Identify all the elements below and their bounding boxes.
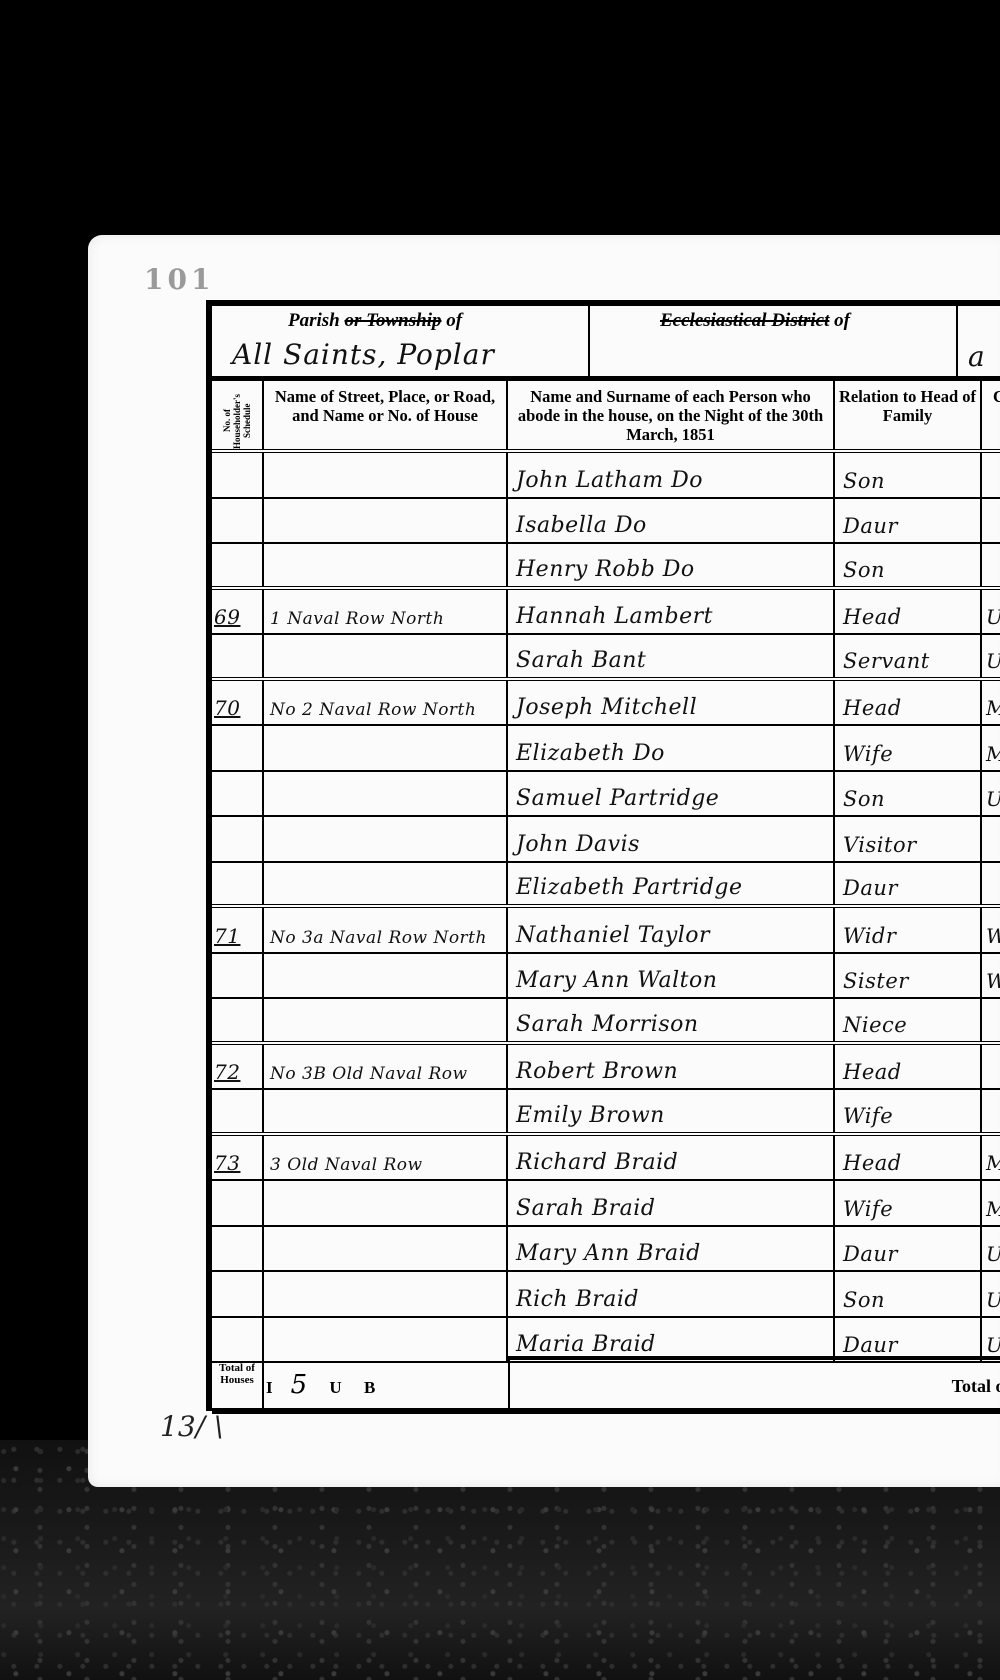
cell-text: Isabella Do [516, 513, 647, 538]
census-rows: John Latham Do Son Isabella Do Daur Henr… [212, 453, 1000, 1363]
table-cell [212, 499, 264, 543]
cell-text: Daur [843, 1333, 898, 1357]
table-row: Isabella Do Daur [212, 499, 1000, 545]
table-cell [212, 1272, 264, 1316]
table-cell [264, 817, 508, 861]
table-cell: Robert Brown [508, 1045, 835, 1089]
table-row: Samuel Partridge Son U [212, 772, 1000, 818]
table-cell: U [982, 1272, 1000, 1316]
table-cell: Son [835, 1272, 982, 1316]
footer-scribble: 13/ \ [160, 1410, 223, 1443]
table-cell [264, 1181, 508, 1225]
table-cell: Son [835, 453, 982, 497]
table-cell: Mary Ann Braid [508, 1227, 835, 1271]
table-cell [212, 453, 264, 497]
table-cell: Rich Braid [508, 1272, 835, 1316]
folio-stamp: 101 [144, 263, 214, 296]
table-cell: Niece [835, 999, 982, 1041]
table-cell: John Latham Do [508, 453, 835, 497]
table-cell [264, 1318, 508, 1362]
cell-text: 1 Naval Row North [270, 609, 444, 629]
col-header-street: Name of Street, Place, or Road, and Name… [264, 381, 508, 449]
cell-text: No 3a Naval Row North [270, 928, 487, 948]
cell-text: Maria Braid [516, 1332, 656, 1357]
cell-text: Daur [843, 1242, 898, 1266]
cell-text: 72 [214, 1060, 240, 1084]
table-cell [212, 635, 264, 677]
cell-text: Servant [843, 649, 930, 673]
table-cell [264, 1272, 508, 1316]
table-cell [212, 1227, 264, 1271]
table-cell [212, 817, 264, 861]
table-cell: Elizabeth Do [508, 726, 835, 770]
table-cell [264, 863, 508, 905]
cell-text: Head [843, 1060, 902, 1084]
cell-text: Hannah Lambert [516, 604, 713, 629]
col-header-name: Name and Surname of each Person who abod… [508, 381, 835, 449]
table-cell [982, 544, 1000, 586]
cell-text: Mary Ann Braid [516, 1241, 701, 1266]
cell-text: Widr [843, 924, 896, 948]
inhabited-count: 5 [291, 1370, 308, 1400]
parish-label: Parish or Township of [288, 310, 462, 332]
table-row: Sarah Morrison Niece [212, 999, 1000, 1045]
cell-text: W [986, 924, 1000, 948]
table-cell: Sister [835, 954, 982, 998]
table-cell [212, 544, 264, 586]
table-cell [264, 999, 508, 1041]
table-cell: Wife [835, 1181, 982, 1225]
table-row: Henry Robb Do Son [212, 544, 1000, 590]
table-cell: 73 [212, 1136, 264, 1180]
cell-text: W [986, 969, 1000, 993]
col-header-relation: Relation to Head of Family [835, 381, 982, 449]
table-cell [264, 1090, 508, 1132]
cell-text: Joseph Mitchell [516, 695, 697, 720]
table-cell: Servant [835, 635, 982, 677]
total-houses-values: I5 U B [266, 1370, 393, 1400]
cell-text: 70 [214, 696, 240, 720]
total-persons-box: Total of P [508, 1356, 1000, 1408]
table-cell [982, 863, 1000, 905]
table-cell [264, 453, 508, 497]
table-cell: M [982, 1136, 1000, 1180]
table-cell [264, 635, 508, 677]
table-cell: Wife [835, 726, 982, 770]
cell-text: Richard Braid [516, 1150, 678, 1175]
table-cell [212, 999, 264, 1041]
table-cell [212, 726, 264, 770]
cell-text: Sarah Morrison [516, 1012, 699, 1037]
cell-text: Sarah Bant [516, 648, 646, 673]
table-cell: Isabella Do [508, 499, 835, 543]
cell-text: John Latham Do [516, 468, 703, 493]
table-row: Sarah Bant Servant U [212, 635, 1000, 681]
table-row: Rich Braid Son U [212, 1272, 1000, 1318]
cell-text: 71 [214, 924, 240, 948]
col-header-condition: C [982, 381, 1000, 449]
table-cell: Daur [835, 863, 982, 905]
table-row: 72 No 3B Old Naval Row Robert Brown Head [212, 1045, 1000, 1091]
table-row: Elizabeth Do Wife M [212, 726, 1000, 772]
column-headers: No. of Householder's Schedule Name of St… [212, 381, 1000, 453]
table-cell: Head [835, 590, 982, 634]
table-cell: Son [835, 544, 982, 586]
cell-text: Son [843, 1288, 885, 1312]
cell-text: Rich Braid [516, 1287, 639, 1312]
table-cell: Head [835, 681, 982, 725]
table-cell: 71 [212, 908, 264, 952]
table-row: Mary Ann Braid Daur U [212, 1227, 1000, 1273]
table-cell: Sarah Morrison [508, 999, 835, 1041]
table-cell: U [982, 772, 1000, 816]
table-cell: Son [835, 772, 982, 816]
next-district-value: a [968, 340, 985, 373]
table-row: 71 No 3a Naval Row North Nathaniel Taylo… [212, 908, 1000, 954]
ecclesiastical-district-cell: Ecclesiastical District of [590, 306, 958, 376]
table-cell [212, 772, 264, 816]
table-cell: Elizabeth Partridge [508, 863, 835, 905]
cell-text: U [986, 787, 1000, 811]
cell-text: Mary Ann Walton [516, 968, 717, 993]
table-cell: M [982, 681, 1000, 725]
total-houses-label: Total of Houses [212, 1356, 264, 1408]
cell-text: John Davis [516, 832, 640, 857]
cell-text: U [986, 1288, 1000, 1312]
table-cell: Hannah Lambert [508, 590, 835, 634]
table-cell [982, 453, 1000, 497]
table-cell: 1 Naval Row North [264, 590, 508, 634]
cell-text: U [986, 1242, 1000, 1266]
table-cell: Visitor [835, 817, 982, 861]
table-cell [264, 499, 508, 543]
totals-row: Total of Houses I5 U B Total of P [212, 1356, 1000, 1414]
table-cell [264, 772, 508, 816]
cell-text: Son [843, 558, 885, 582]
table-cell: U [982, 635, 1000, 677]
cell-text: Wife [843, 1104, 893, 1128]
cell-text: M [986, 1197, 1000, 1221]
cell-text: U [986, 1333, 1000, 1357]
cell-text: Emily Brown [516, 1103, 665, 1128]
cell-text: Daur [843, 514, 898, 538]
table-cell: Head [835, 1045, 982, 1089]
cell-text: Elizabeth Do [516, 741, 665, 766]
cell-text: No 2 Naval Row North [270, 700, 476, 720]
cell-text: Elizabeth Partridge [516, 875, 742, 900]
census-form: Parish or Township of All Saints, Poplar… [206, 300, 1000, 1411]
cell-text: Daur [843, 876, 898, 900]
table-cell: No 2 Naval Row North [264, 681, 508, 725]
table-cell: 3 Old Naval Row [264, 1136, 508, 1180]
parish-value: All Saints, Poplar [232, 338, 495, 371]
col-header-schedule: No. of Householder's Schedule [212, 381, 264, 449]
table-cell: Joseph Mitchell [508, 681, 835, 725]
cell-text: M [986, 742, 1000, 766]
cell-text: M [986, 1151, 1000, 1175]
table-cell [212, 954, 264, 998]
table-cell: Henry Robb Do [508, 544, 835, 586]
parish-cell: Parish or Township of All Saints, Poplar [212, 306, 590, 376]
ecclesiastical-district-label: Ecclesiastical District of [660, 310, 850, 332]
table-cell [264, 954, 508, 998]
cell-text: Sarah Braid [516, 1196, 655, 1221]
table-row: Sarah Braid Wife M [212, 1181, 1000, 1227]
table-cell [212, 1090, 264, 1132]
table-cell: Samuel Partridge [508, 772, 835, 816]
cell-text: 69 [214, 605, 240, 629]
table-cell: W [982, 908, 1000, 952]
table-cell: Richard Braid [508, 1136, 835, 1180]
table-row: Elizabeth Partridge Daur [212, 863, 1000, 909]
table-row: Mary Ann Walton Sister W [212, 954, 1000, 1000]
table-cell: 72 [212, 1045, 264, 1089]
cell-text: Son [843, 787, 885, 811]
district-header: Parish or Township of All Saints, Poplar… [212, 306, 1000, 381]
total-persons-label: Total of P [952, 1376, 1000, 1397]
table-cell: Sarah Bant [508, 635, 835, 677]
table-cell [264, 544, 508, 586]
table-cell [982, 1090, 1000, 1132]
cell-text: Visitor [843, 833, 917, 857]
table-cell: Widr [835, 908, 982, 952]
census-page: 101 Parish or Township of All Saints, Po… [88, 235, 1000, 1487]
cell-text: Samuel Partridge [516, 786, 719, 811]
cell-text: Head [843, 1151, 902, 1175]
table-cell: Sarah Braid [508, 1181, 835, 1225]
table-cell: M [982, 1181, 1000, 1225]
table-cell: No 3B Old Naval Row [264, 1045, 508, 1089]
table-cell: Daur [835, 1318, 982, 1362]
cell-text: Wife [843, 742, 893, 766]
table-cell: Mary Ann Walton [508, 954, 835, 998]
table-cell [982, 499, 1000, 543]
cell-text: Head [843, 696, 902, 720]
table-cell [264, 1227, 508, 1271]
cell-text: Sister [843, 969, 909, 993]
table-cell: U [982, 590, 1000, 634]
cell-text: Head [843, 605, 902, 629]
cell-text: Nathaniel Taylor [516, 923, 710, 948]
table-cell: Wife [835, 1090, 982, 1132]
table-row: John Latham Do Son [212, 453, 1000, 499]
cell-text: Robert Brown [516, 1059, 678, 1084]
table-cell: Daur [835, 1227, 982, 1271]
cell-text: M [986, 696, 1000, 720]
table-row: 70 No 2 Naval Row North Joseph Mitchell … [212, 681, 1000, 727]
cell-text: Niece [843, 1013, 907, 1037]
cell-text: U [986, 605, 1000, 629]
cell-text: 3 Old Naval Row [270, 1155, 423, 1175]
table-cell [212, 1181, 264, 1225]
cell-text: Son [843, 469, 885, 493]
table-cell: 70 [212, 681, 264, 725]
table-row: 69 1 Naval Row North Hannah Lambert Head… [212, 590, 1000, 636]
table-cell: Head [835, 1136, 982, 1180]
cell-text: 73 [214, 1151, 240, 1175]
table-cell [982, 999, 1000, 1041]
table-cell [264, 726, 508, 770]
table-row: John Davis Visitor [212, 817, 1000, 863]
table-cell: No 3a Naval Row North [264, 908, 508, 952]
table-cell: U [982, 1227, 1000, 1271]
table-cell: U [982, 1318, 1000, 1362]
cell-text: Wife [843, 1197, 893, 1221]
table-cell: Daur [835, 499, 982, 543]
table-cell [212, 863, 264, 905]
table-cell: 69 [212, 590, 264, 634]
table-row: Emily Brown Wife [212, 1090, 1000, 1136]
table-cell: Nathaniel Taylor [508, 908, 835, 952]
table-cell: John Davis [508, 817, 835, 861]
table-cell: W [982, 954, 1000, 998]
table-cell [212, 1318, 264, 1362]
cell-text: Henry Robb Do [516, 557, 695, 582]
table-cell: Emily Brown [508, 1090, 835, 1132]
table-row: 73 3 Old Naval Row Richard Braid Head M [212, 1136, 1000, 1182]
table-cell: M [982, 726, 1000, 770]
table-cell: Maria Braid [508, 1318, 835, 1362]
cell-text: U [986, 649, 1000, 673]
table-cell [982, 817, 1000, 861]
cell-text: No 3B Old Naval Row [270, 1064, 468, 1084]
table-cell [982, 1045, 1000, 1089]
